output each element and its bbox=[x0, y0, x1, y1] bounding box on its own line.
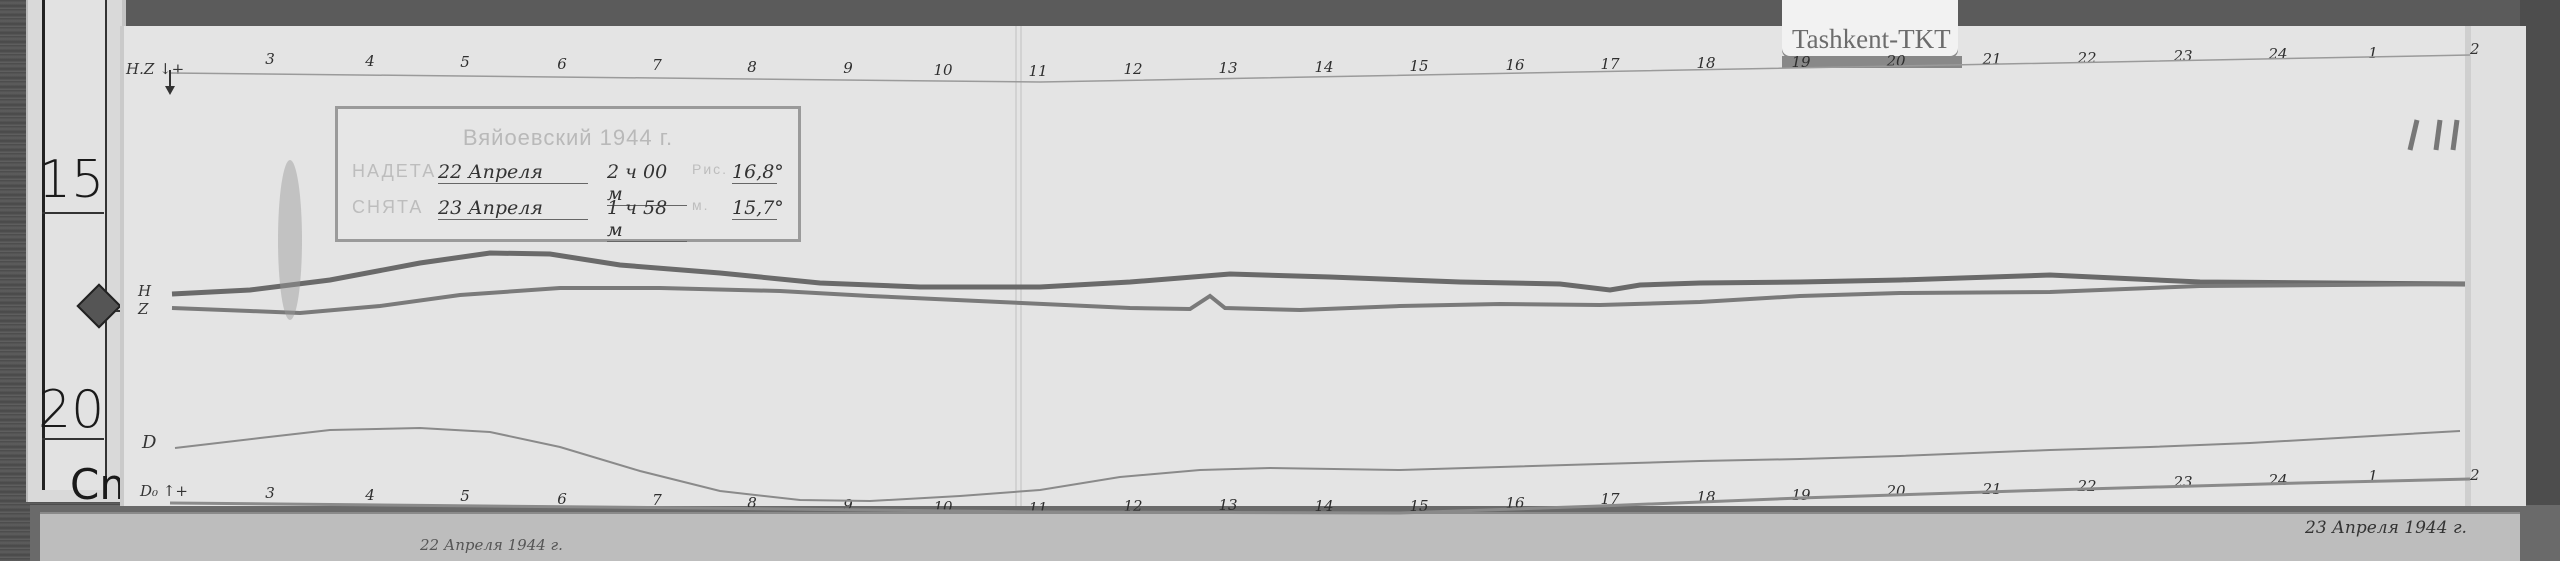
top-baseline bbox=[170, 55, 2470, 82]
scribble-mark bbox=[2453, 120, 2457, 150]
bottom-baseline bbox=[170, 479, 2470, 513]
magnetogram-traces bbox=[0, 0, 2560, 561]
arrow-head-icon bbox=[165, 86, 175, 95]
d-trace bbox=[175, 428, 2460, 501]
ink-smudge bbox=[278, 160, 302, 320]
scribble-mark bbox=[2436, 120, 2440, 150]
scribble-mark bbox=[2410, 120, 2417, 150]
z-trace bbox=[172, 284, 2465, 313]
